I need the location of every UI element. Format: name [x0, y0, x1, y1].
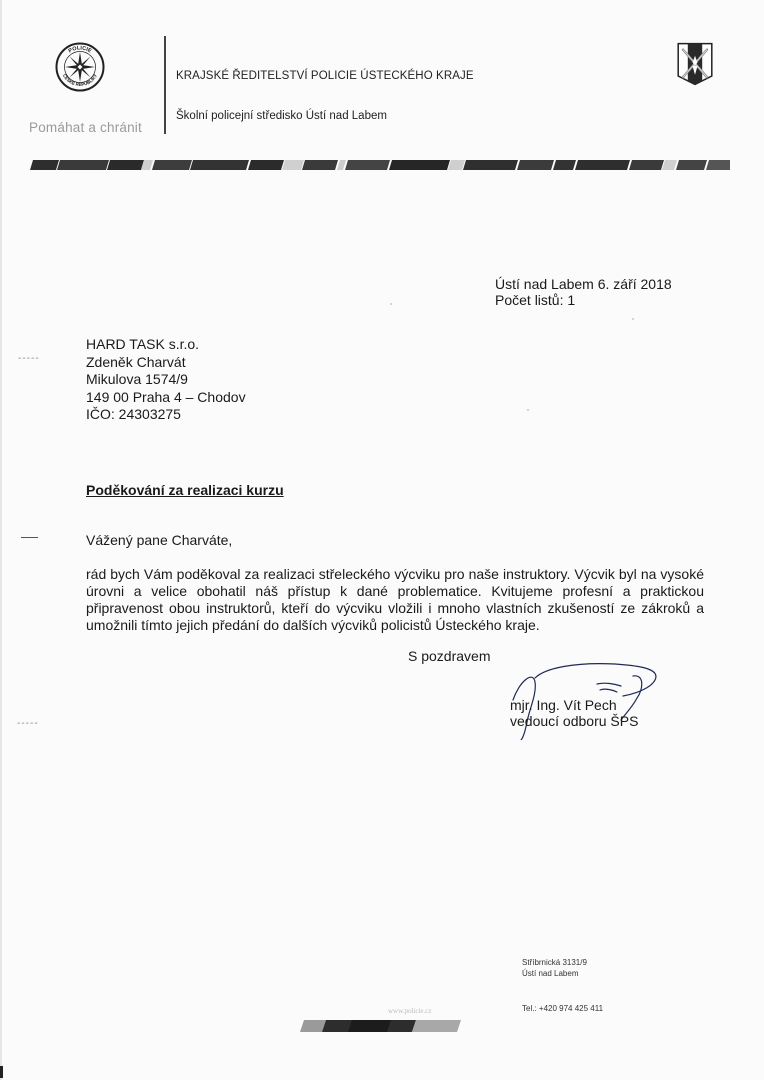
signer-title: vedoucí odboru ŠPS — [510, 713, 638, 729]
fold-mark-upper: ----- — [18, 353, 40, 364]
letter-body: rád bych Vám poděkoval za realizaci stře… — [86, 566, 704, 634]
footer-phone: Tel.: +420 974 425 411 — [522, 1004, 603, 1013]
footer-address-city: Ústí nad Labem — [522, 969, 578, 978]
recipient-street: Mikulova 1574/9 — [86, 371, 246, 389]
scan-speck — [632, 318, 634, 320]
place-and-date: Ústí nad Labem 6. září 2018 — [495, 276, 672, 292]
fold-mark-lower: ----- — [17, 718, 39, 729]
footer-address-street: Stříbrnická 3131/9 — [522, 958, 587, 967]
department-name: Školní policejní středisko Ústí nad Labe… — [176, 110, 387, 122]
recipient-person: Zdeněk Charvát — [86, 354, 246, 372]
scan-edge — [0, 0, 2, 1080]
letter-subject: Poděkování za realizaci kurzu — [86, 482, 284, 498]
salutation: Vážený pane Charváte, — [86, 532, 232, 548]
footer-website: www.policie.cz — [388, 1007, 431, 1015]
punch-mark — [21, 537, 38, 538]
sheet-count: Počet listů: 1 — [495, 292, 575, 308]
signer-name: mjr. Ing. Vít Pech — [510, 697, 617, 713]
recipient-address: HARD TASK s.r.o. Zdeněk Charvát Mikulova… — [86, 336, 246, 424]
slogan: Pomáhat a chránit — [29, 120, 142, 135]
recipient-ico: IČO: 24303275 — [86, 406, 246, 424]
recipient-city: 149 00 Praha 4 – Chodov — [86, 389, 246, 407]
scan-corner-mark — [0, 1066, 3, 1078]
regional-coat-of-arms-icon — [677, 42, 713, 86]
recipient-company: HARD TASK s.r.o. — [86, 336, 246, 354]
closing: S pozdravem — [408, 648, 490, 664]
header-stripe-bar — [30, 160, 730, 170]
organization-name: KRAJSKÉ ŘEDITELSTVÍ POLICIE ÚSTECKÉHO KR… — [176, 70, 474, 82]
footer-stripe-bar — [296, 1020, 461, 1032]
scan-speck — [527, 409, 529, 411]
scan-speck — [390, 303, 392, 305]
header-divider — [164, 36, 166, 134]
police-star-badge-icon: POLICIE ČESKÉ REPUBLIKY — [55, 42, 105, 92]
